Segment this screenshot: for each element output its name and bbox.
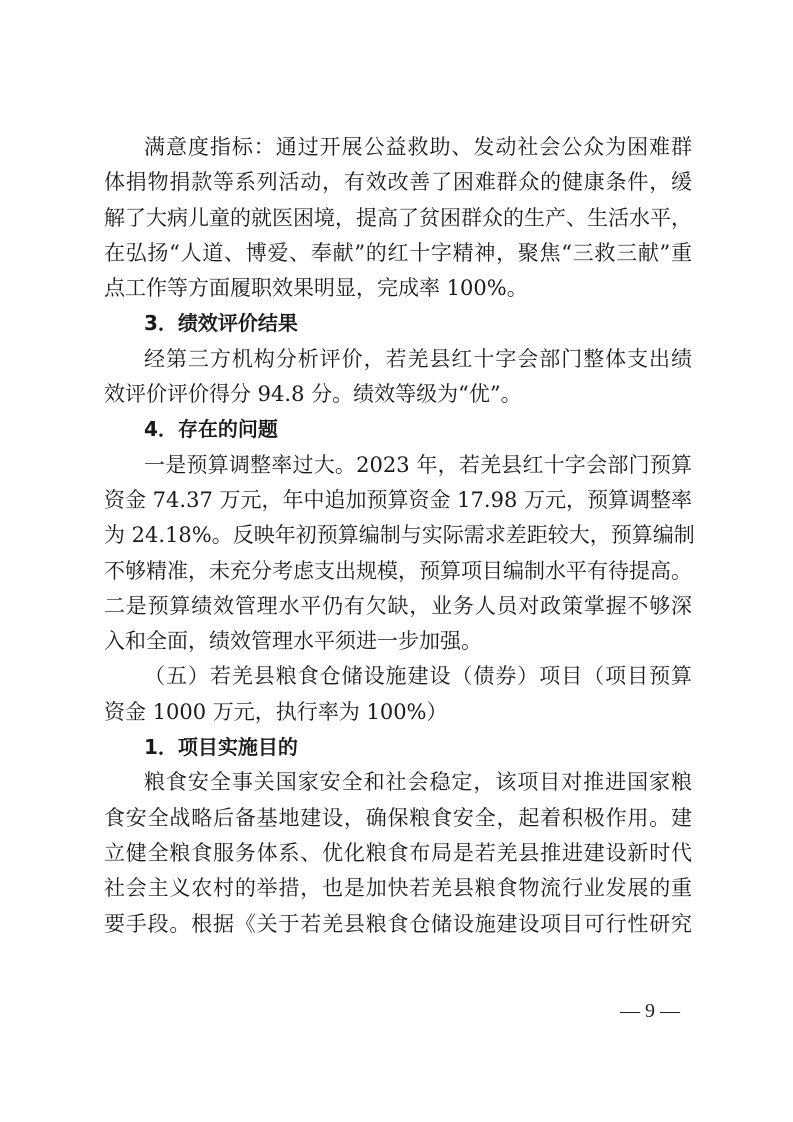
paragraph-line: 入和全面，绩效管理水平须进一步加强。	[104, 624, 692, 659]
paragraph-line: 点工作等方面履职效果明显，完成率 100%。	[104, 271, 692, 306]
paragraph-line: 经第三方机构分析评价，若羌县红十字会部门整体支出绩	[104, 342, 692, 377]
paragraph-line: 立健全粮食服务体系、优化粮食布局是若羌县推进建设新时代	[104, 836, 692, 871]
paragraph-line: 解了大病儿童的就医困境，提高了贫困群众的生产、生活水平，	[104, 201, 692, 236]
paragraph-line: 为 24.18%。反映年初预算编制与实际需求差距较大，预算编制	[104, 518, 692, 553]
paragraph-line: 在弘扬“人道、博爱、奉献”的红十字精神，聚焦“三救三献”重	[104, 236, 692, 271]
subsection-title: （五）若羌县粮食仓储设施建设（债券）项目（项目预算	[104, 659, 692, 694]
paragraph-line: 一是预算调整率过大。2023 年，若羌县红十字会部门预算	[104, 448, 692, 483]
paragraph-line: 资金 74.37 万元，年中追加预算资金 17.98 万元，预算调整率	[104, 483, 692, 518]
paragraph-line: 社会主义农村的举措，也是加快若羌县粮食物流行业发展的重	[104, 871, 692, 906]
paragraph-line: 不够精准，未充分考虑支出规模，预算项目编制水平有待提高。	[104, 554, 692, 589]
paragraph-line: 满意度指标：通过开展公益救助、发动社会公众为困难群	[104, 130, 692, 165]
paragraph-line: 体捐物捐款等系列活动，有效改善了困难群众的健康条件，缓	[104, 165, 692, 200]
section-heading: 3．绩效评价结果	[104, 306, 692, 341]
section-heading: 1．项目实施目的	[104, 730, 692, 765]
paragraph-line: 效评价评价得分 94.8 分。绩效等级为“优”。	[104, 377, 692, 412]
paragraph-line: 食安全战略后备基地建设，确保粮食安全，起着积极作用。建	[104, 801, 692, 836]
subsection-title: 资金 1000 万元，执行率为 100%）	[104, 695, 692, 730]
page-number: — 9 —	[620, 1000, 680, 1023]
paragraph-line: 粮食安全事关国家安全和社会稳定，该项目对推进国家粮	[104, 765, 692, 800]
paragraph-line: 二是预算绩效管理水平仍有欠缺，业务人员对政策掌握不够深	[104, 589, 692, 624]
document-page: 满意度指标：通过开展公益救助、发动社会公众为困难群 体捐物捐款等系列活动，有效改…	[104, 130, 692, 942]
section-heading: 4．存在的问题	[104, 412, 692, 447]
paragraph-line: 要手段。根据《关于若羌县粮食仓储设施建设项目可行性研究	[104, 907, 692, 942]
